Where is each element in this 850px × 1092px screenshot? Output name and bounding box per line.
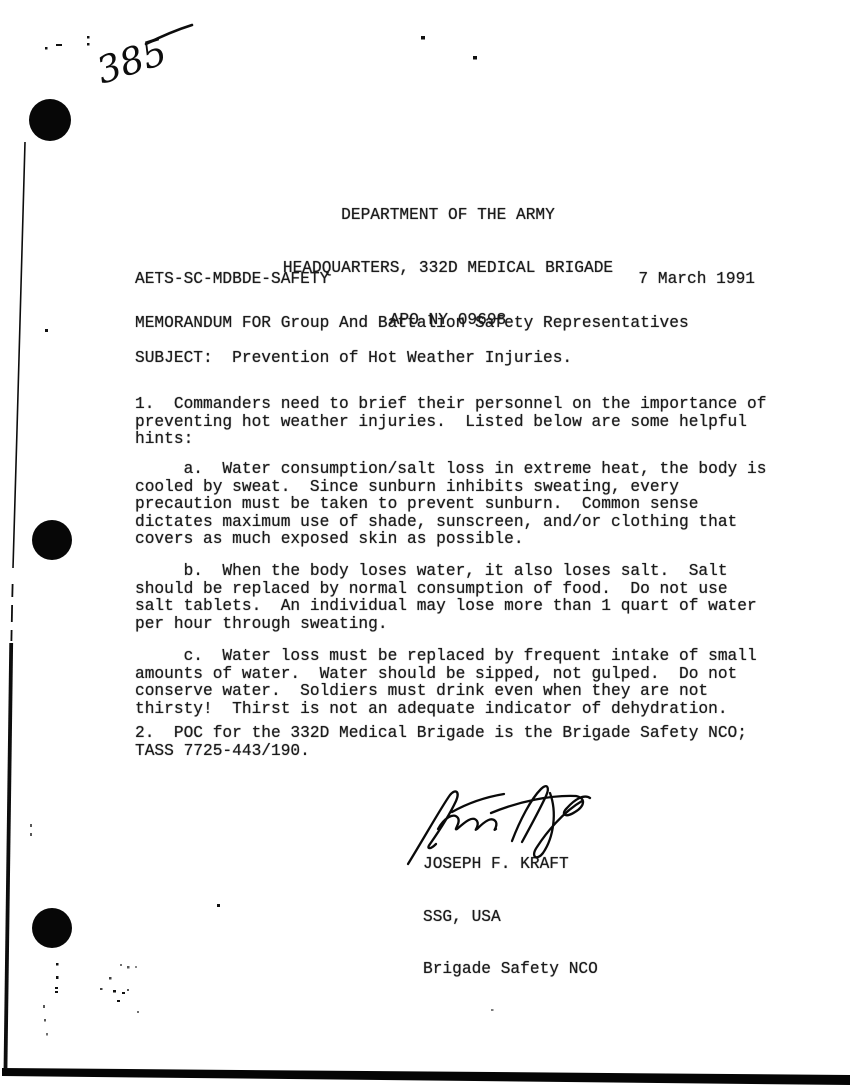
- paragraph-1c: c. Water loss must be replaced by freque…: [135, 648, 757, 718]
- handwritten-page-number: 385: [91, 25, 192, 93]
- paragraph-2: 2. POC for the 332D Medical Brigade is t…: [135, 725, 747, 760]
- hole-punch-top: [29, 99, 71, 141]
- scan-edge-line: [6, 142, 26, 1068]
- letterhead-line1: DEPARTMENT OF THE ARMY: [137, 207, 759, 225]
- page-number-digits: 385: [91, 30, 171, 93]
- letterhead: DEPARTMENT OF THE ARMY HEADQUARTERS, 332…: [137, 172, 759, 365]
- hole-punch-bottom: [32, 908, 72, 948]
- reference-row: AETS-SC-MDBDE-SAFETY 7 March 1991: [135, 271, 755, 289]
- signature-block: JOSEPH F. KRAFT SSG, USA Brigade Safety …: [423, 821, 598, 1014]
- paragraph-1: 1. Commanders need to brief their person…: [135, 396, 766, 449]
- office-symbol: AETS-SC-MDBDE-SAFETY: [135, 271, 329, 289]
- memorandum-for-line: MEMORANDUM FOR Group And Battalion Safet…: [135, 315, 689, 333]
- signer-name: JOSEPH F. KRAFT: [423, 856, 598, 874]
- signer-title: Brigade Safety NCO: [423, 961, 598, 979]
- memo-date: 7 March 1991: [638, 271, 755, 289]
- scan-bottom-bar: [2, 1068, 850, 1085]
- scanned-memo-page: DEPARTMENT OF THE ARMY HEADQUARTERS, 332…: [0, 0, 850, 1092]
- signer-rank: SSG, USA: [423, 909, 598, 927]
- paragraph-1a: a. Water consumption/salt loss in extrem…: [135, 461, 766, 549]
- hole-punch-middle: [32, 520, 72, 560]
- paragraph-1b: b. When the body loses water, it also lo…: [135, 563, 757, 633]
- subject-line: SUBJECT: Prevention of Hot Weather Injur…: [135, 350, 572, 368]
